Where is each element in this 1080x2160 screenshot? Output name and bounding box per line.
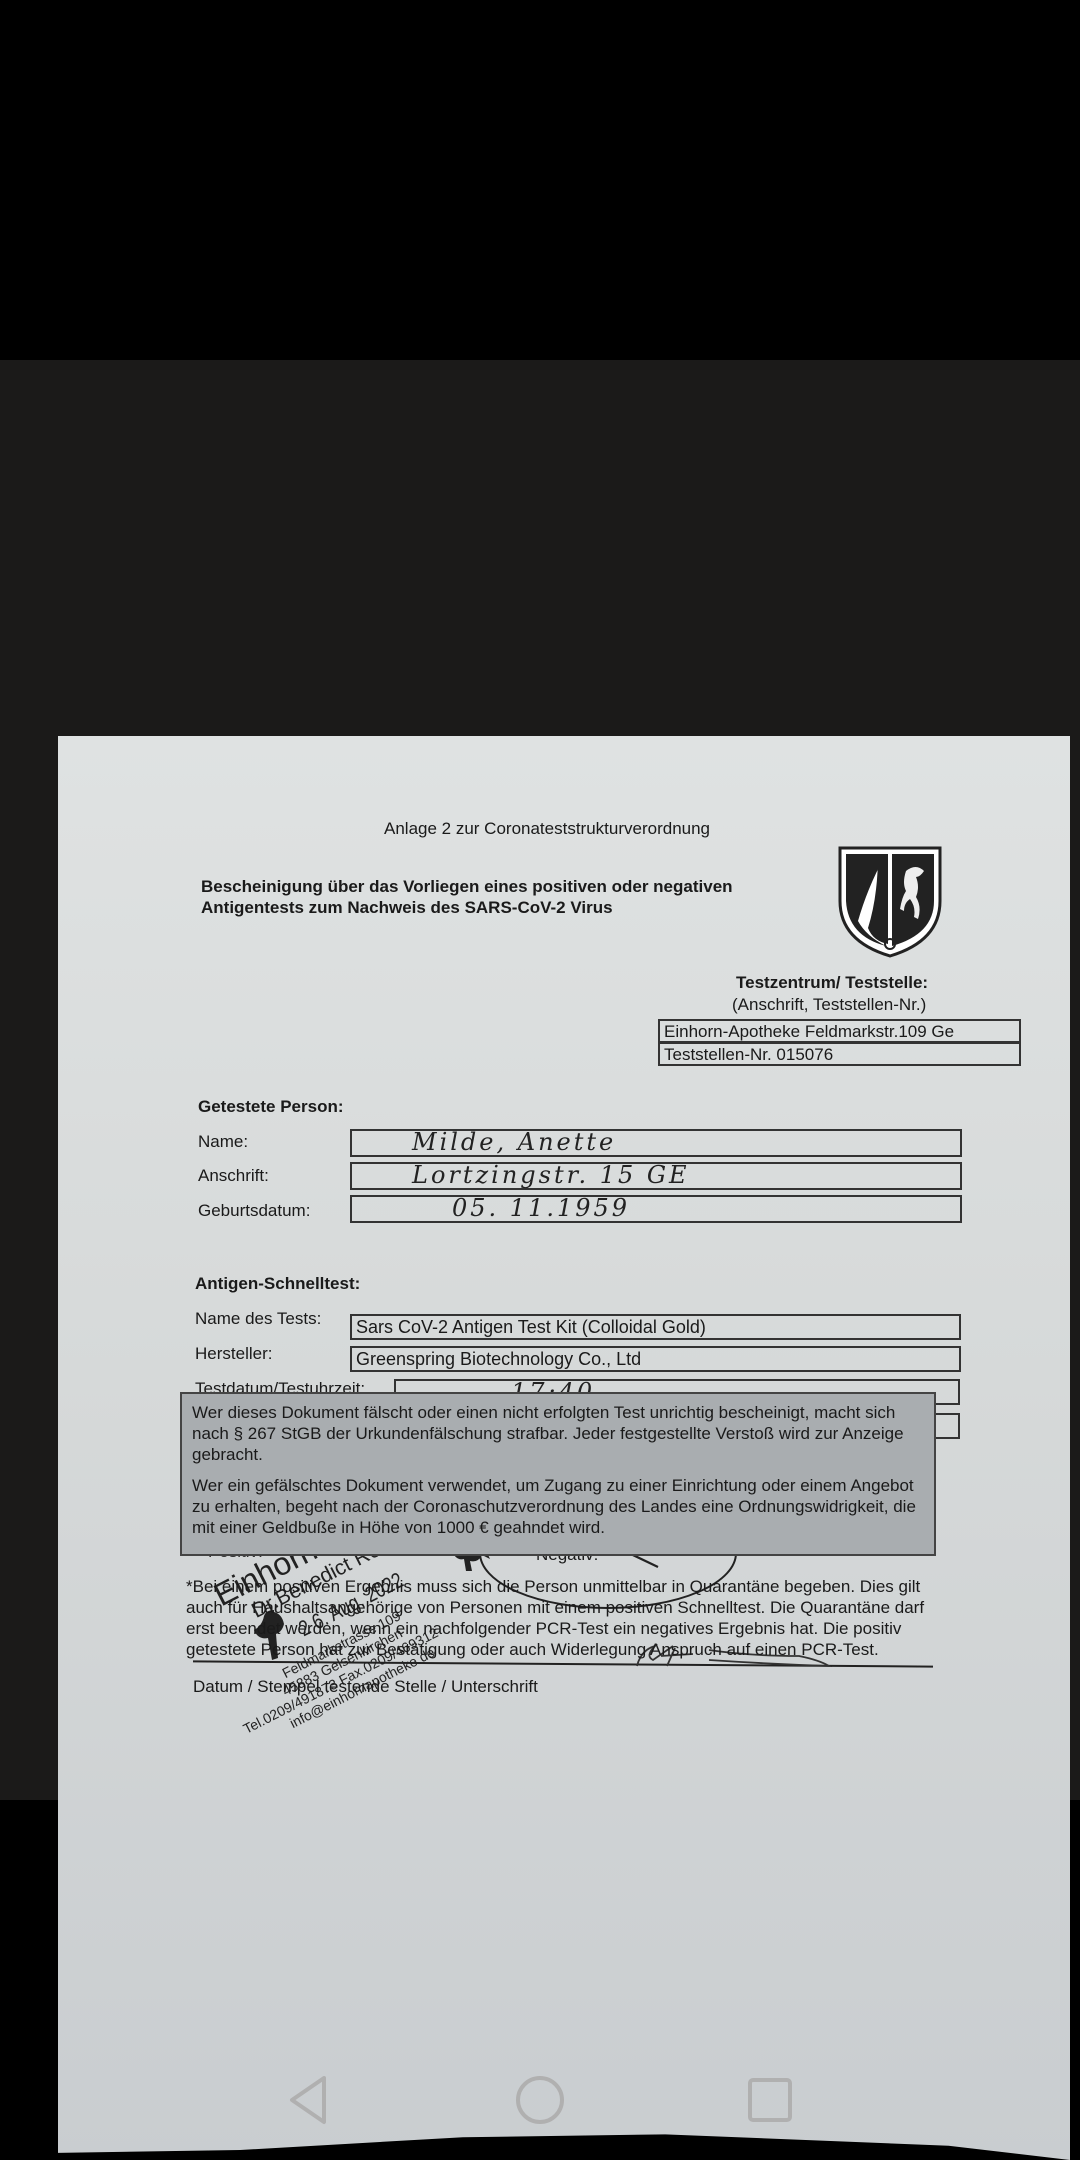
document-title-line1: Bescheinigung über das Vorliegen eines p… bbox=[201, 877, 733, 897]
test-center-number-field: Teststellen-Nr. 015076 bbox=[658, 1042, 1021, 1066]
address-field: Lortzingstr. 15 GE bbox=[350, 1162, 962, 1190]
person-heading: Getestete Person: bbox=[198, 1097, 344, 1117]
dob-field: 05. 11.1959 bbox=[350, 1195, 962, 1223]
warning-paragraph-1: Wer dieses Dokument fälscht oder einen n… bbox=[192, 1402, 924, 1465]
legal-warning-box: Wer dieses Dokument fälscht oder einen n… bbox=[180, 1392, 936, 1556]
warning-paragraph-2: Wer ein gefälschtes Dokument verwendet, … bbox=[192, 1475, 924, 1538]
quarantine-footnote: *Bei einem positiven Ergebnis muss sich … bbox=[186, 1576, 926, 1660]
test-center-subheading: (Anschrift, Teststellen-Nr.) bbox=[732, 995, 926, 1015]
name-label: Name: bbox=[198, 1132, 248, 1152]
back-icon[interactable] bbox=[280, 2070, 340, 2130]
test-name-label: Name des Tests: bbox=[195, 1309, 321, 1329]
antigen-test-heading: Antigen-Schnelltest: bbox=[195, 1274, 360, 1294]
manufacturer-field: Greenspring Biotechnology Co., Ltd bbox=[350, 1346, 961, 1372]
address-label: Anschrift: bbox=[198, 1166, 269, 1186]
home-icon[interactable] bbox=[510, 2070, 570, 2130]
test-center-address-field: Einhorn-Apotheke Feldmarkstr.109 Ge bbox=[658, 1019, 1021, 1043]
dob-label: Geburtsdatum: bbox=[198, 1201, 310, 1221]
recents-icon[interactable] bbox=[740, 2070, 800, 2130]
nrw-coat-of-arms-icon bbox=[838, 846, 942, 958]
header-line: Anlage 2 zur Coronateststrukturverordnun… bbox=[384, 819, 710, 839]
name-field: Milde, Anette bbox=[350, 1129, 962, 1157]
test-center-heading: Testzentrum/ Teststelle: bbox=[736, 973, 928, 993]
document-title-line2: Antigentests zum Nachweis des SARS-CoV-2… bbox=[201, 898, 613, 918]
manufacturer-label: Hersteller: bbox=[195, 1344, 272, 1364]
test-name-field: Sars CoV-2 Antigen Test Kit (Colloidal G… bbox=[350, 1314, 961, 1340]
signature-label: Datum / Stempel testende Stelle / Unters… bbox=[193, 1677, 538, 1697]
